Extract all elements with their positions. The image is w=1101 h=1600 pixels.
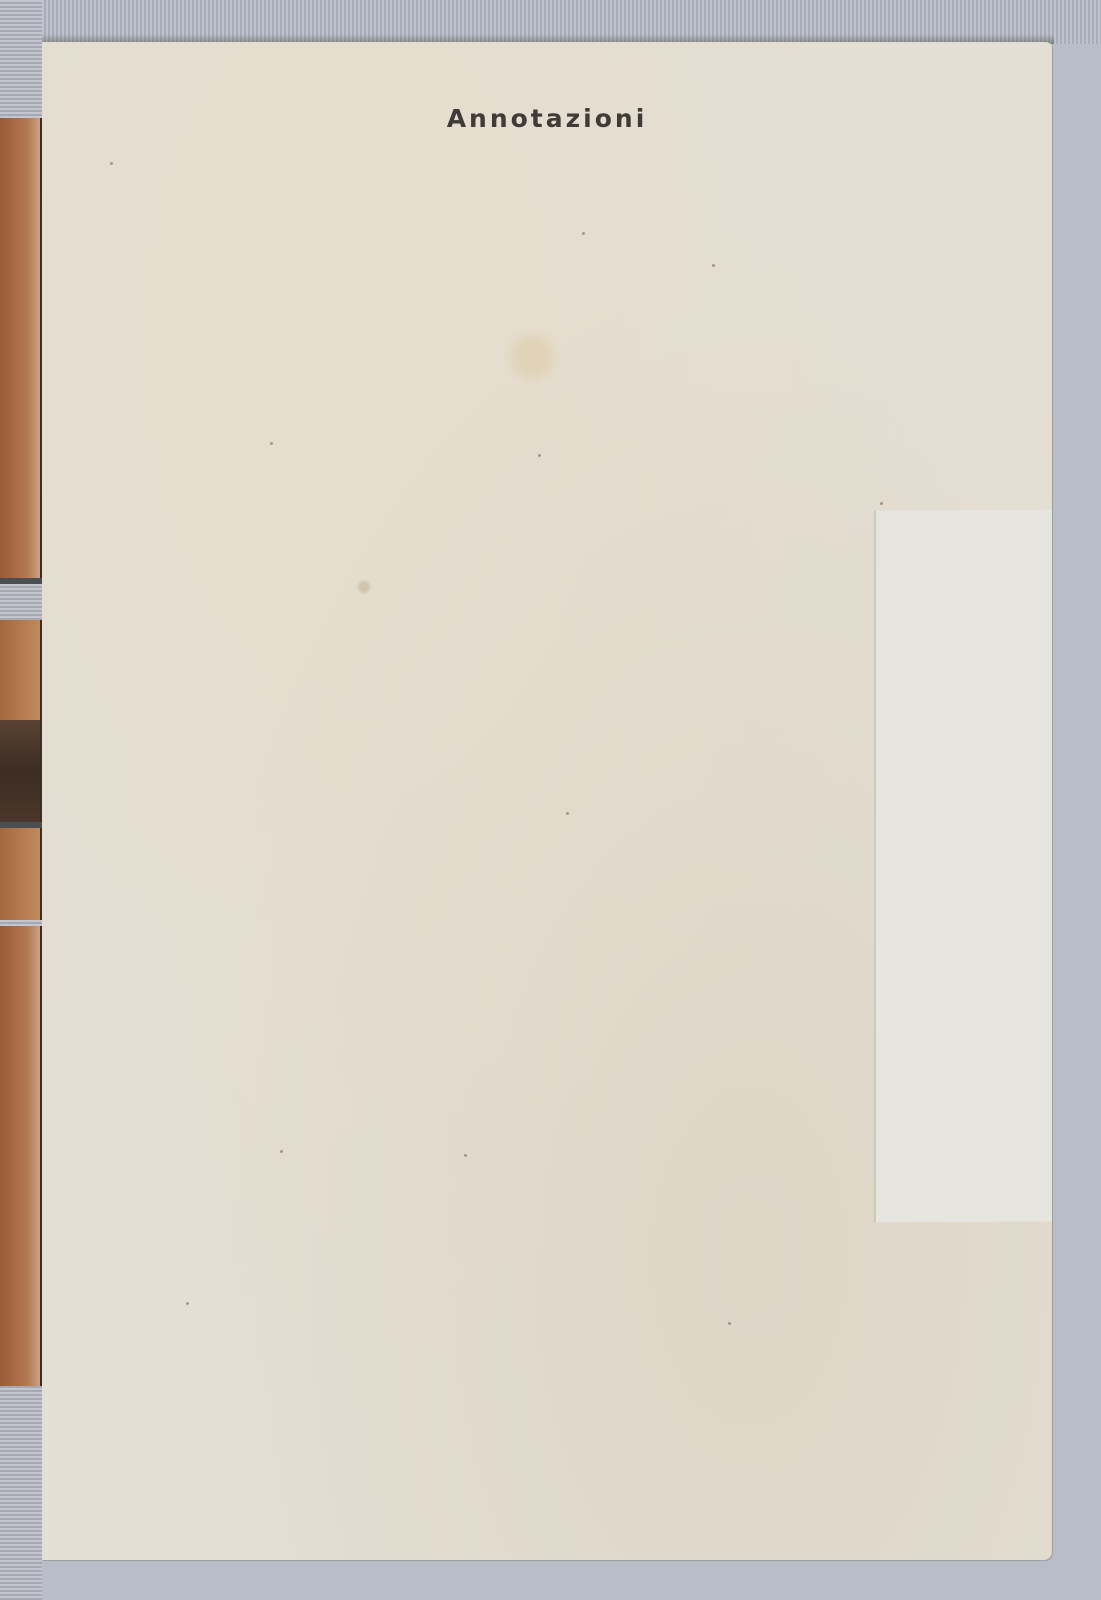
paper-speck — [538, 454, 541, 457]
paper-speck — [110, 162, 113, 165]
page-title: Annotazioni — [42, 104, 1052, 133]
paper-speck — [186, 1302, 189, 1305]
paper-speck — [712, 264, 715, 267]
paper-speck — [270, 442, 273, 445]
paper-speck — [728, 1322, 731, 1325]
paper-speck — [464, 1154, 467, 1157]
document-page: Annotazioni — [42, 42, 1052, 1560]
inserted-paper-slip — [875, 510, 1052, 1223]
binding-strip-segment — [0, 720, 42, 822]
binding-strip-segment — [0, 828, 42, 920]
paper-speck — [566, 812, 569, 815]
paper-speck — [280, 1150, 283, 1153]
binding-strip-segment — [0, 118, 42, 578]
paper-speck — [582, 232, 585, 235]
paper-speck — [880, 502, 883, 505]
binding-strip-segment — [0, 620, 42, 720]
binding-gap — [0, 578, 42, 584]
binding-strip-segment — [0, 926, 42, 1386]
